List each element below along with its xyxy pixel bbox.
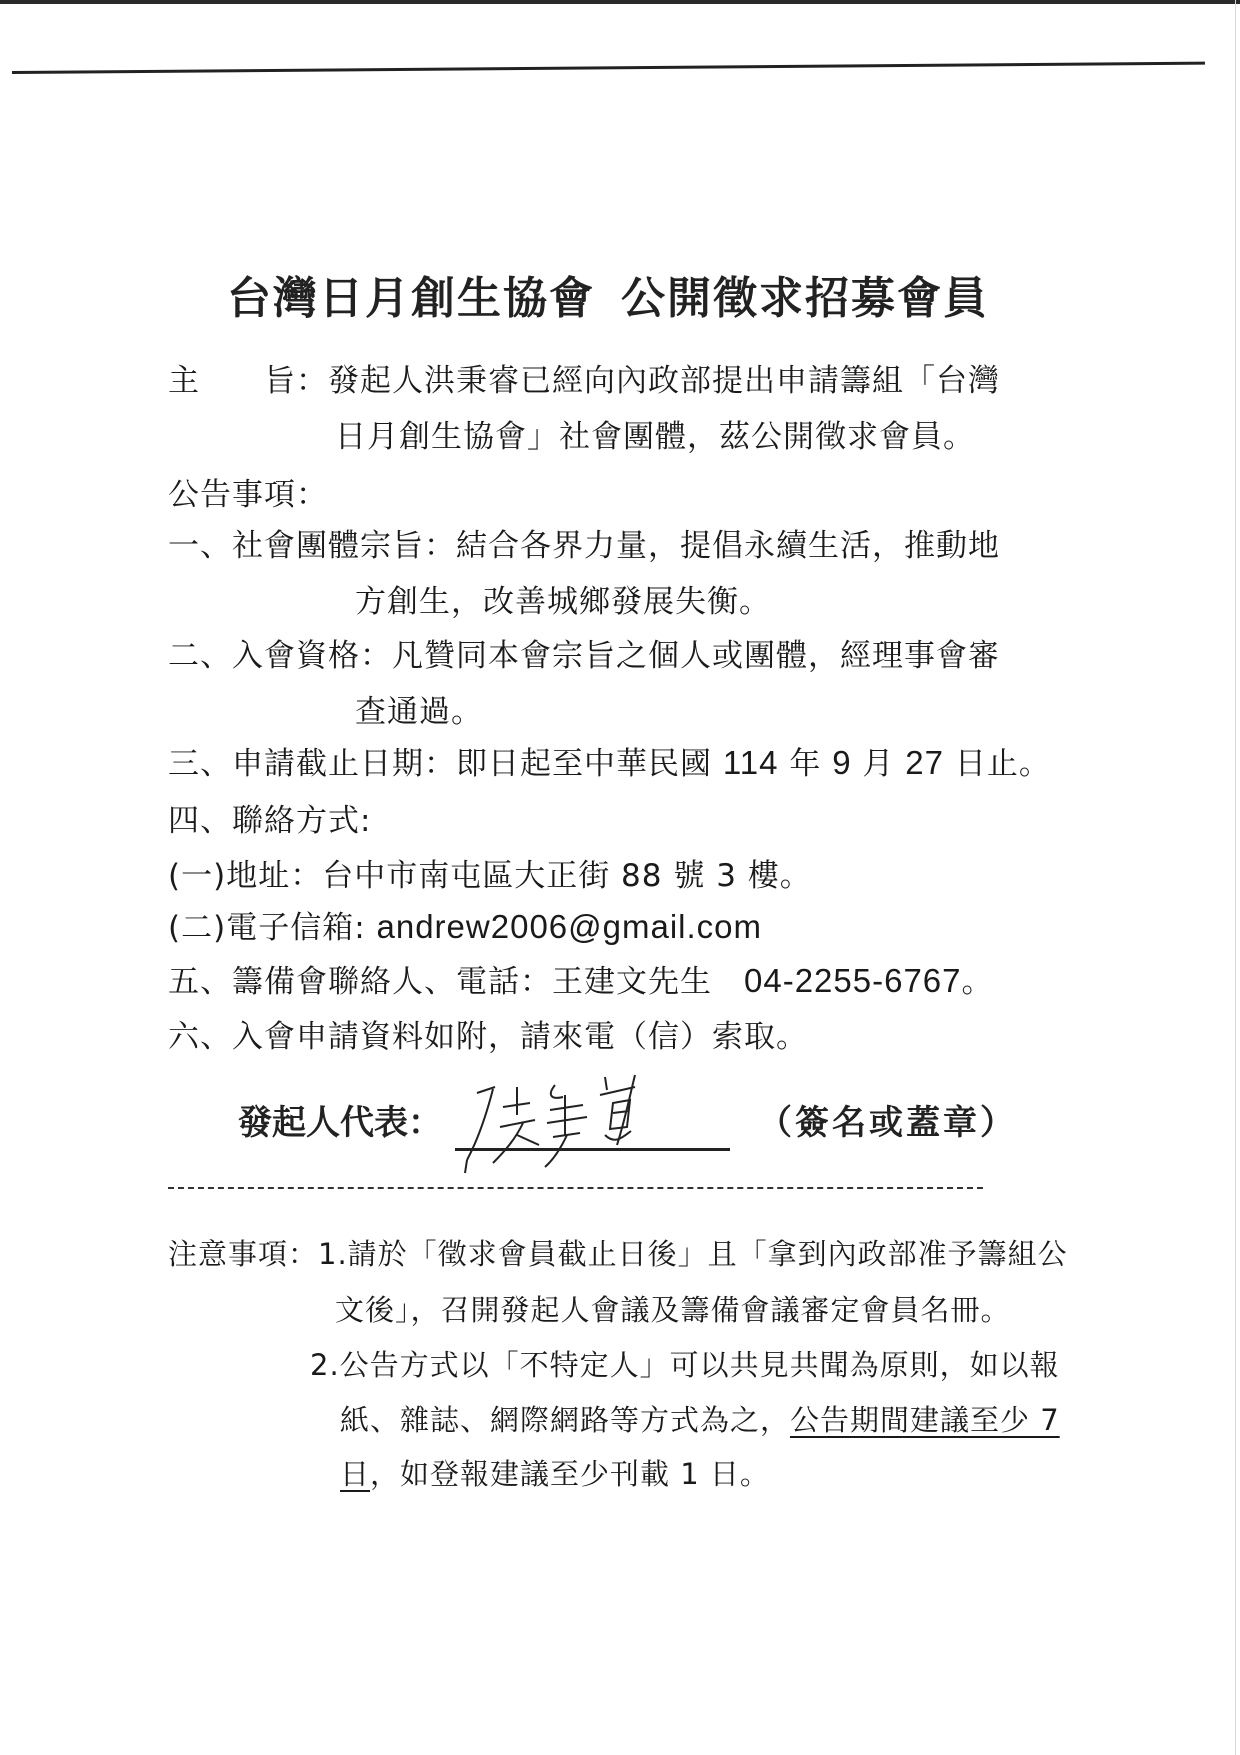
header-rule bbox=[12, 62, 1205, 74]
scan-edge-right bbox=[1235, 0, 1236, 1755]
signature-line bbox=[455, 1148, 730, 1151]
notes-item-1-line-1: 注意事項：1.請於「徵求會員截止日後」且「拿到內政部准予籌組公 bbox=[168, 1232, 1068, 1273]
notes-label: 注意事項： bbox=[168, 1237, 318, 1271]
item-6-application-docs: 六、入會申請資料如附，請來電（信）索取。 bbox=[168, 1011, 808, 1056]
item-1-line-1: 一、社會團體宗旨：結合各界力量，提倡永續生活，推動地 bbox=[168, 520, 1000, 565]
item-1-line-2: 方創生，改善城鄉發展失衡。 bbox=[355, 576, 771, 621]
handwritten-signature bbox=[455, 1065, 675, 1175]
deadline-year: 114 bbox=[723, 744, 779, 781]
deadline-month: 9 bbox=[832, 744, 851, 781]
notes-item-2-line-1: 2.公告方式以「不特定人」可以共見共聞為原則，如以報 bbox=[310, 1343, 1060, 1384]
item-2-line-2: 查通過。 bbox=[355, 686, 483, 731]
email-value: andrew2006@gmail.com bbox=[377, 908, 763, 945]
scan-edge-top bbox=[0, 0, 1240, 4]
purpose-line-2: 日月創生協會」社會團體，茲公開徵求會員。 bbox=[335, 411, 975, 456]
title-action: 公開徵求招募會員 bbox=[621, 273, 989, 324]
contact-email: (二)電子信箱: andrew2006@gmail.com bbox=[168, 902, 762, 947]
item-2-line-1: 二、入會資格：凡贊同本會宗旨之個人或團體，經理事會審 bbox=[168, 630, 1000, 675]
dashed-divider bbox=[168, 1187, 983, 1189]
purpose-label: 主 旨： bbox=[168, 363, 328, 399]
notes-item-2-line-2: 紙、雜誌、網際網路等方式為之，公告期間建議至少 7 bbox=[340, 1398, 1060, 1439]
purpose-line-1: 主 旨：發起人洪秉睿已經向內政部提出申請籌組「台灣 bbox=[168, 355, 1000, 400]
phone-value: 04-2255-6767 bbox=[744, 962, 962, 999]
item-4-contact-heading: 四、聯絡方式: bbox=[168, 795, 371, 840]
contact-address: (一)地址：台中市南屯區大正街 88 號 3 樓。 bbox=[168, 850, 812, 895]
notes-item-1-line-2: 文後」，召開發起人會議及籌備會議審定會員名冊。 bbox=[335, 1288, 1011, 1329]
underlined-period-note: 公告期間建議至少 7 bbox=[790, 1403, 1060, 1437]
title-org: 台灣日月創生協會 bbox=[227, 273, 595, 324]
deadline-day: 27 bbox=[905, 744, 944, 781]
signature-label: 發起人代表： bbox=[238, 1095, 442, 1144]
signature-note: （簽名或蓋章） bbox=[758, 1095, 1017, 1144]
address-value: 台中市南屯區大正街 88 號 3 樓。 bbox=[322, 858, 812, 894]
page-title: 台灣日月創生協會公開徵求招募會員 bbox=[227, 262, 989, 326]
item-5-contact-person: 五、籌備會聯絡人、電話：王建文先生 04-2255-6767。 bbox=[168, 956, 994, 1001]
announcement-heading: 公告事項： bbox=[168, 469, 328, 514]
notes-item-2-line-3: 日，如登報建議至少刊載 1 日。 bbox=[340, 1452, 770, 1493]
item-3-deadline: 三、申請截止日期：即日起至中華民國 114 年 9 月 27 日止。 bbox=[168, 738, 1051, 783]
